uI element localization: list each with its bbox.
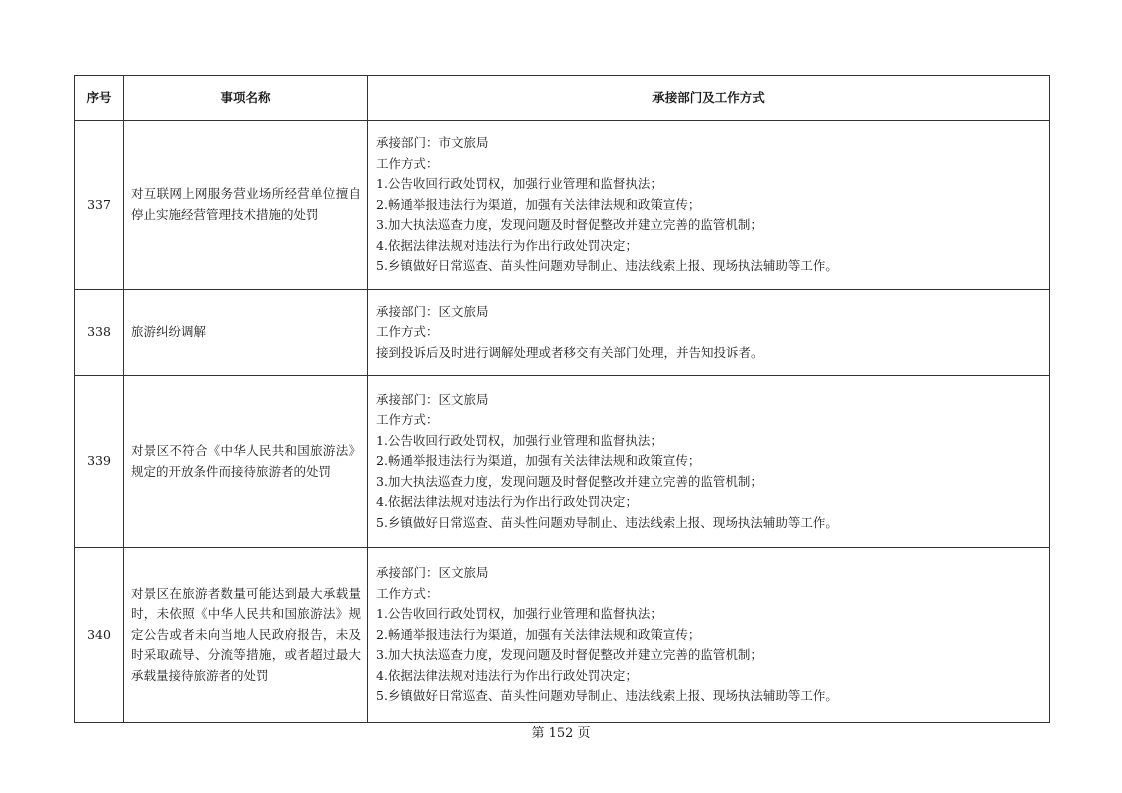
row-number: 339 [75,376,124,548]
row-description: 承接部门：区文旅局 工作方式： 1.公告收回行政处罚权，加强行业管理和监督执法；… [368,548,1050,723]
table-row: 339 对景区不符合《中华人民共和国旅游法》规定的开放条件而接待旅游者的处罚 承… [75,376,1050,548]
row-item-name: 对景区在旅游者数量可能达到最大承载量时，未依照《中华人民共和国旅游法》规定公告或… [124,548,368,723]
row-number: 338 [75,289,124,376]
row-number: 337 [75,121,124,290]
method-step: 4.依据法律法规对违法行为作出行政处罚决定； [376,666,1043,687]
method-step: 2.畅通举报违法行为渠道，加强有关法律法规和政策宣传； [376,451,1043,472]
method-label: 工作方式： [376,154,1043,175]
method-step: 1.公告收回行政处罚权，加强行业管理和监督执法； [376,604,1043,625]
page-number: 第 152 页 [0,722,1122,741]
row-description: 承接部门：区文旅局 工作方式： 接到投诉后及时进行调解处理或者移交有关部门处理，… [368,289,1050,376]
row-item-name: 对景区不符合《中华人民共和国旅游法》规定的开放条件而接待旅游者的处罚 [124,376,368,548]
row-number: 340 [75,548,124,723]
method-label: 工作方式： [376,584,1043,605]
header-department-method: 承接部门及工作方式 [368,76,1050,121]
method-step: 5.乡镇做好日常巡查、苗头性问题劝导制止、违法线索上报、现场执法辅助等工作。 [376,686,1043,707]
method-label: 工作方式： [376,410,1043,431]
method-step: 3.加大执法巡查力度，发现问题及时督促整改并建立完善的监管机制； [376,645,1043,666]
method-label: 工作方式： [376,322,1043,343]
department-line: 承接部门：区文旅局 [376,390,1043,411]
method-step: 5.乡镇做好日常巡查、苗头性问题劝导制止、违法线索上报、现场执法辅助等工作。 [376,513,1043,534]
table-row: 337 对互联网上网服务营业场所经营单位擅自停止实施经营管理技术措施的处罚 承接… [75,121,1050,290]
row-item-name: 旅游纠纷调解 [124,289,368,376]
table-header-row: 序号 事项名称 承接部门及工作方式 [75,76,1050,121]
table-row: 340 对景区在旅游者数量可能达到最大承载量时，未依照《中华人民共和国旅游法》规… [75,548,1050,723]
method-step: 2.畅通举报违法行为渠道，加强有关法律法规和政策宣传； [376,625,1043,646]
row-description: 承接部门：区文旅局 工作方式： 1.公告收回行政处罚权，加强行业管理和监督执法；… [368,376,1050,548]
row-item-name: 对互联网上网服务营业场所经营单位擅自停止实施经营管理技术措施的处罚 [124,121,368,290]
header-item-name: 事项名称 [124,76,368,121]
items-table: 序号 事项名称 承接部门及工作方式 337 对互联网上网服务营业场所经营单位擅自… [74,75,1050,723]
method-step: 1.公告收回行政处罚权，加强行业管理和监督执法； [376,174,1043,195]
method-step: 3.加大执法巡查力度，发现问题及时督促整改并建立完善的监管机制； [376,472,1043,493]
header-number: 序号 [75,76,124,121]
method-step: 接到投诉后及时进行调解处理或者移交有关部门处理，并告知投诉者。 [376,343,1043,364]
method-step: 4.依据法律法规对违法行为作出行政处罚决定； [376,492,1043,513]
method-step: 2.畅通举报违法行为渠道，加强有关法律法规和政策宣传； [376,195,1043,216]
method-step: 4.依据法律法规对违法行为作出行政处罚决定； [376,236,1043,257]
method-step: 3.加大执法巡查力度，发现问题及时督促整改并建立完善的监管机制； [376,215,1043,236]
method-step: 5.乡镇做好日常巡查、苗头性问题劝导制止、违法线索上报、现场执法辅助等工作。 [376,256,1043,277]
department-line: 承接部门：区文旅局 [376,302,1043,323]
department-line: 承接部门：市文旅局 [376,133,1043,154]
method-step: 1.公告收回行政处罚权，加强行业管理和监督执法； [376,431,1043,452]
table-row: 338 旅游纠纷调解 承接部门：区文旅局 工作方式： 接到投诉后及时进行调解处理… [75,289,1050,376]
department-line: 承接部门：区文旅局 [376,563,1043,584]
row-description: 承接部门：市文旅局 工作方式： 1.公告收回行政处罚权，加强行业管理和监督执法；… [368,121,1050,290]
